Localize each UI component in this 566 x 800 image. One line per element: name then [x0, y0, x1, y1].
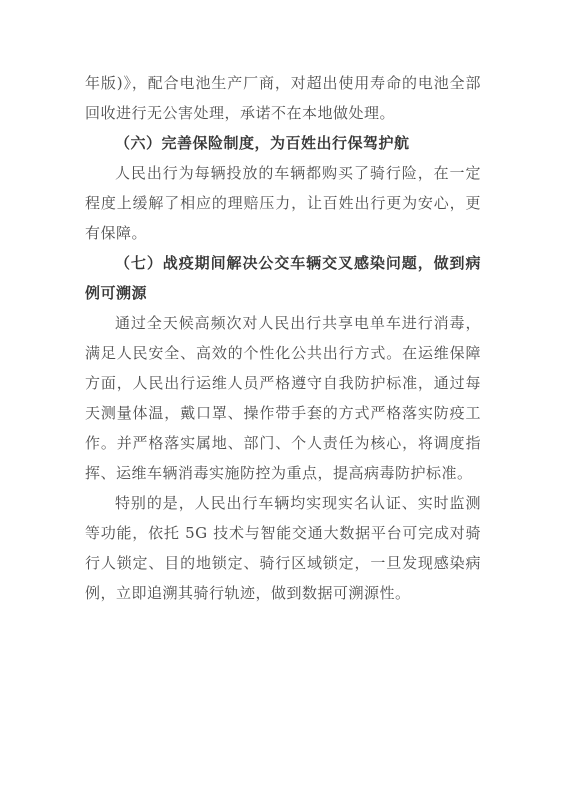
paragraph: 特别的是，人民出行车辆均实现实名认证、实时监测等功能，依托 5G 技术与智能交通…: [85, 488, 481, 608]
section-heading: （七）战疫期间解决公交车辆交叉感染问题，做到病例可溯源: [85, 248, 481, 308]
section-heading: （六）完善保险制度，为百姓出行保驾护航: [85, 128, 481, 158]
document-viewport: 年版)》，配合电池生产厂商，对超出使用寿命的电池全部回收进行无公害处理，承诺不在…: [0, 0, 566, 800]
document-page: 年版)》，配合电池生产厂商，对超出使用寿命的电池全部回收进行无公害处理，承诺不在…: [0, 0, 566, 800]
paragraph: 人民出行为每辆投放的车辆都购买了骑行险，在一定程度上缓解了相应的理赔压力，让百姓…: [85, 158, 481, 248]
document-body: 年版)》，配合电池生产厂商，对超出使用寿命的电池全部回收进行无公害处理，承诺不在…: [85, 68, 481, 608]
paragraph: 通过全天候高频次对人民出行共享电单车进行消毒，满足人民安全、高效的个性化公共出行…: [85, 308, 481, 488]
paragraph: 年版)》，配合电池生产厂商，对超出使用寿命的电池全部回收进行无公害处理，承诺不在…: [85, 68, 481, 128]
